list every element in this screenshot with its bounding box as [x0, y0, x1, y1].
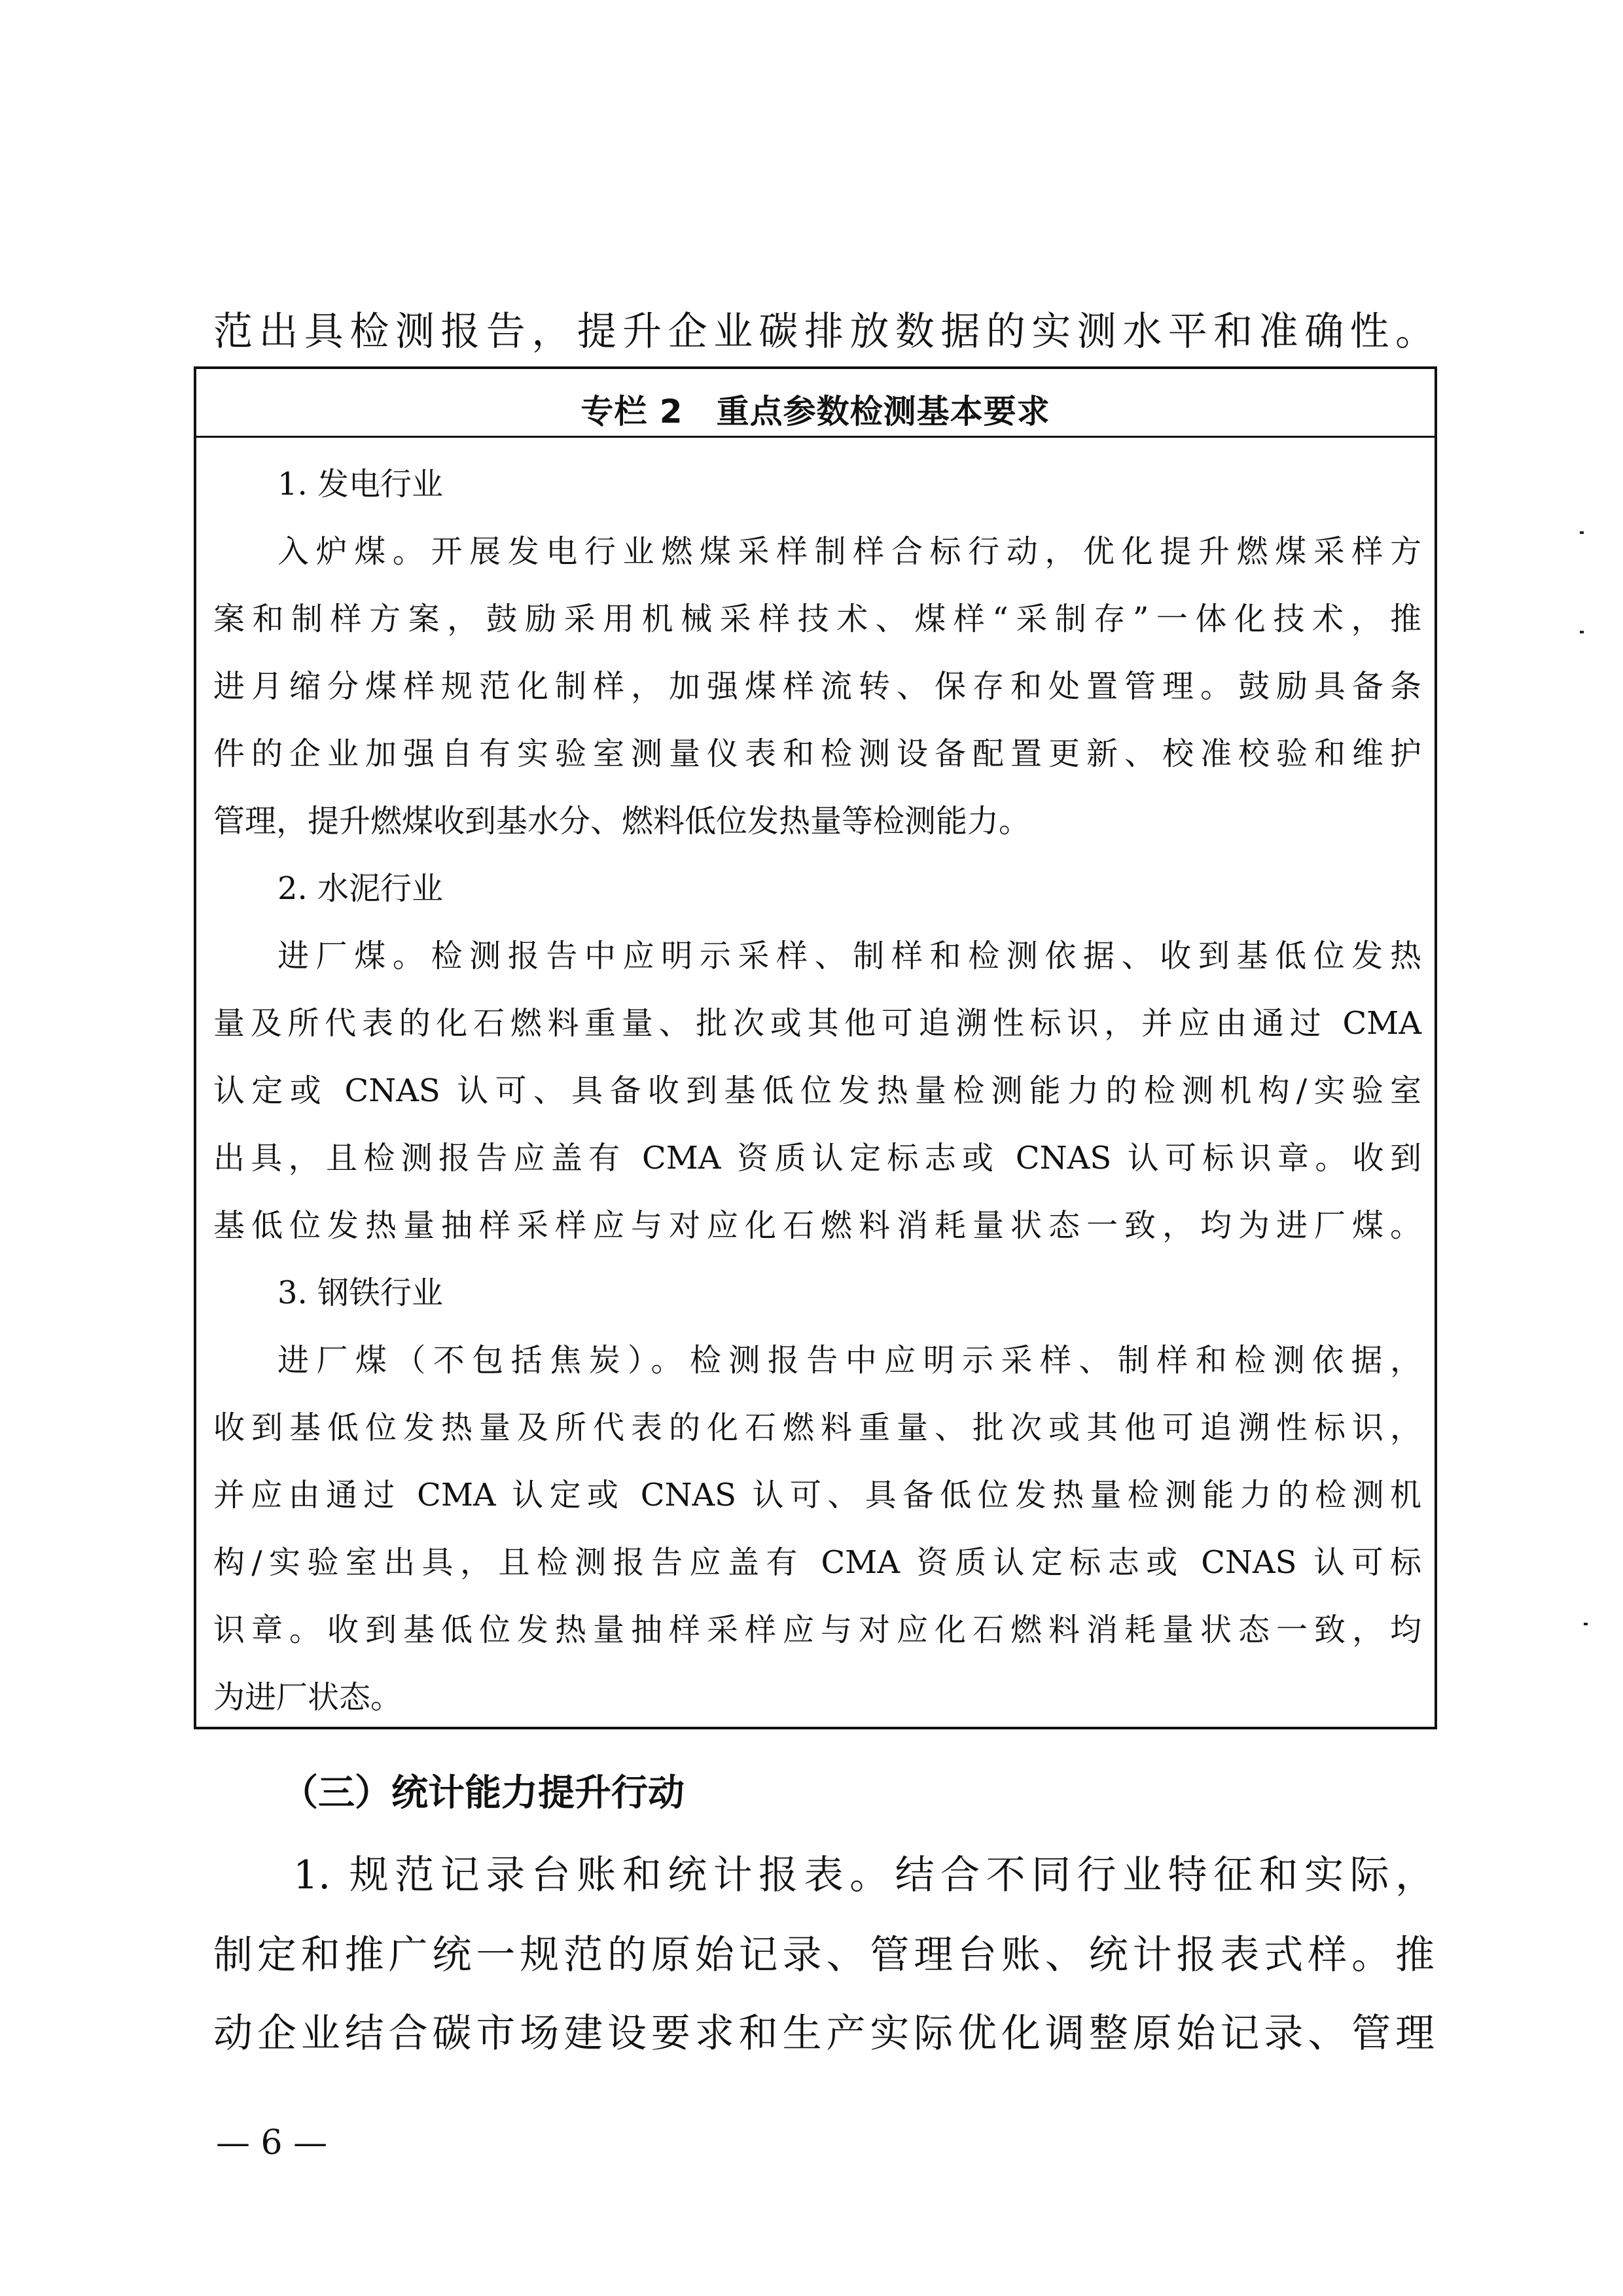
box-line: 收到基低位发热量及所代表的化石燃料重量、批次或其他可追溯性标识， [213, 1412, 1421, 1443]
box-line: 进厂煤。检测报告中应明示采样、制样和检测依据、收到基低位发热 [277, 940, 1421, 972]
scan-speck [1580, 631, 1584, 633]
box-line: 件的企业加强自有实验室测量仪表和检测设备配置更新、校准校验和维护 [213, 738, 1421, 769]
box-line: 入炉煤。开展发电行业燃煤采样制样合标行动，优化提升燃煤采样方 [277, 536, 1421, 567]
box-line: 案和制样方案，鼓励采用机械采样技术、煤样“采制存”一体化技术，推 [213, 603, 1421, 635]
intro-continuation-line: 范出具检测报告，提升企业碳排放数据的实测水平和准确性。 [213, 312, 1435, 351]
box-line: 量及所代表的化石燃料重量、批次或其他可追溯性标识，并应由通过 CMA [213, 1008, 1421, 1039]
box-title: 专栏 2 重点参数检测基本要求 [196, 385, 1435, 433]
box-line: 认定或 CNAS 认可、具备收到基低位发热量检测能力的检测机构/实验室 [213, 1075, 1421, 1106]
paragraph-line: 1. 规范记录台账和统计报表。结合不同行业特征和实际， [293, 1856, 1435, 1895]
box-line: 进月缩分煤样规范化制样，加强煤样流转、保存和处置管理。鼓励具备条 [213, 671, 1421, 702]
box-line: 构/实验室出具，且检测报告应盖有 CMA 资质认定标志或 CNAS 认可标 [213, 1547, 1421, 1578]
paragraph-line: 制定和推广统一规范的原始记录、管理台账、统计报表式样。推 [213, 1935, 1435, 1975]
box-line: 基低位发热量抽样采样应与对应化石燃料消耗量状态一致，均为进厂煤。 [213, 1210, 1421, 1241]
box-line: 为进厂状态。 [213, 1682, 1421, 1713]
scan-speck [1584, 1623, 1588, 1625]
box-line: 并应由通过 CMA 认定或 CNAS 认可、具备低位发热量检测能力的检测机 [213, 1479, 1421, 1511]
section-heading: （三）统计能力提升行动 [281, 1775, 685, 1812]
box-header-divider [196, 436, 1435, 438]
box-line: 出具，且检测报告应盖有 CMA 资质认定标志或 CNAS 认可标识章。收到 [213, 1142, 1421, 1174]
box-line: 管理，提升燃煤收到基水分、燃料低位发热量等检测能力。 [213, 805, 1421, 837]
column-box: 专栏 2 重点参数检测基本要求 1. 发电行业 入炉煤。开展发电行业燃煤采样制样… [194, 366, 1437, 1729]
page-number: — 6 — [216, 2123, 327, 2163]
box-section-heading-cement: 2. 水泥行业 [277, 873, 443, 904]
scan-speck [1580, 531, 1584, 534]
box-section-heading-power: 1. 发电行业 [277, 468, 443, 500]
box-line: 进厂煤（不包括焦炭）。检测报告中应明示采样、制样和检测依据， [277, 1345, 1421, 1376]
paragraph-line: 动企业结合碳市场建设要求和生产实际优化调整原始记录、管理 [213, 2014, 1435, 2053]
box-line: 识章。收到基低位发热量抽样采样应与对应化石燃料消耗量状态一致，均 [213, 1614, 1421, 1646]
box-section-heading-steel: 3. 钢铁行业 [277, 1277, 443, 1309]
